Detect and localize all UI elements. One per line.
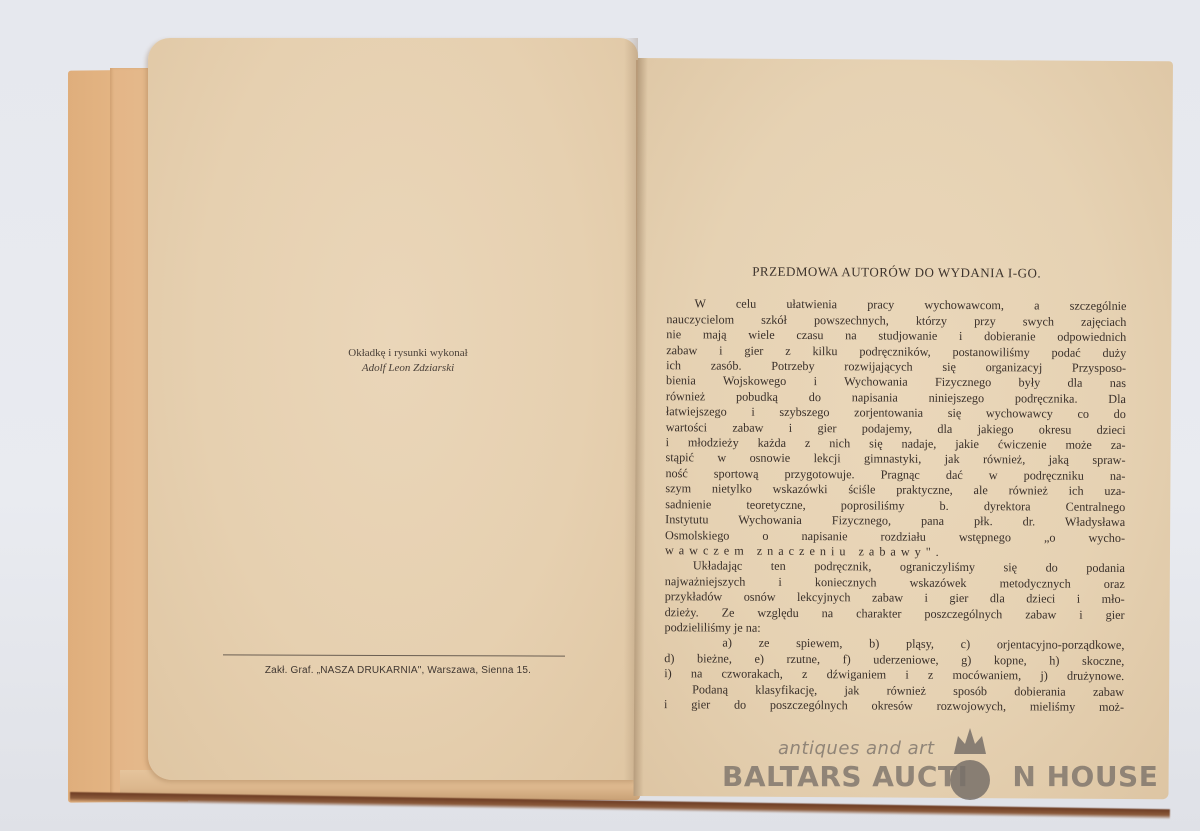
preface-heading: PRZEDMOWA AUTORÓW DO WYDANIA I-GO. <box>667 263 1127 281</box>
left-page: Okładkę i rysunki wykonał Adolf Leon Zdz… <box>148 38 638 780</box>
credits-text: Okładkę i rysunki wykonał <box>308 346 508 361</box>
printer-imprint: Zakł. Graf. „NASZA DRUKARNIA", Warszawa,… <box>228 665 568 676</box>
artist-name: Adolf Leon Zdziarski <box>308 361 508 376</box>
text-line: i gier do poszczególnych okresów rozwojo… <box>664 697 1124 715</box>
preface: PRZEDMOWA AUTORÓW DO WYDANIA I-GO. W cel… <box>664 263 1127 715</box>
right-page: PRZEDMOWA AUTORÓW DO WYDANIA I-GO. W cel… <box>633 58 1172 799</box>
divider <box>223 654 565 656</box>
book-photo: Okładkę i rysunki wykonał Adolf Leon Zdz… <box>0 0 1200 831</box>
illustration-credits: Okładkę i rysunki wykonał Adolf Leon Zdz… <box>308 346 508 376</box>
